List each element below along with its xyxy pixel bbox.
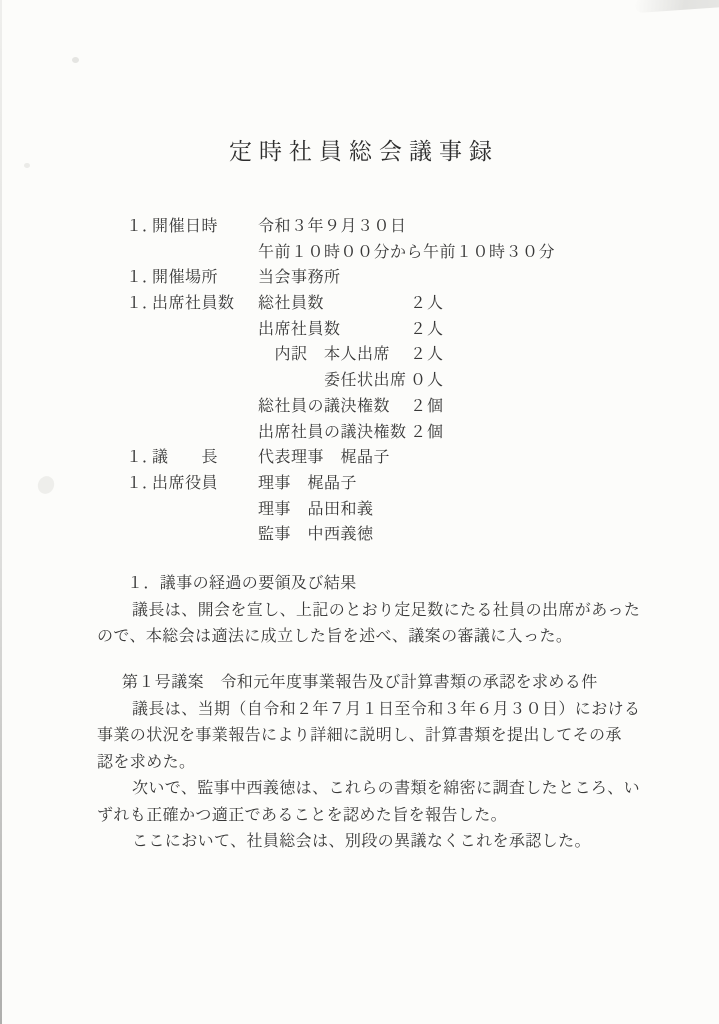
item-label	[152, 240, 258, 266]
scan-speck	[72, 57, 79, 63]
item-number	[126, 317, 152, 343]
scan-left-edge-artifact	[0, 0, 2, 1024]
item-number	[126, 368, 152, 394]
proposal-paragraph-2: 次いで、監事中西義徳は、これらの書類を綿密に調査したところ、い ずれも正確かつ適…	[97, 776, 642, 829]
item-number: １．	[126, 265, 152, 291]
item-number	[126, 240, 152, 266]
info-row-officer-3: 監事 中西義徳	[126, 522, 666, 548]
item-label	[152, 522, 258, 548]
item-value: 総社員数	[258, 291, 324, 317]
item-label	[152, 342, 258, 368]
item-value: 出席社員数	[258, 317, 341, 343]
item-value: 出席社員の議決権数	[258, 420, 407, 446]
item-label	[152, 394, 258, 420]
item-number	[126, 522, 152, 548]
proceedings-section: １．議事の経過の要領及び結果 議長は、開会を宣し、上記のとおり定足数にたる社員の…	[97, 571, 642, 651]
item-value: 理事 品田和義	[258, 497, 374, 523]
info-row-proxy: 委任状出席 ０人	[126, 368, 666, 394]
proceedings-paragraph: 議長は、開会を宣し、上記のとおり定足数にたる社員の出席があった ので、本総会は適…	[97, 598, 642, 651]
proposal-section: 第１号議案 令和元年度事業報告及び計算書類の承認を求める件 議長は、当期（自令和…	[97, 670, 642, 856]
item-value: 委任状出席	[258, 368, 407, 394]
info-row-in-person: 内訳 本人出席 ２人	[126, 342, 666, 368]
item-label: 開催場所	[152, 265, 258, 291]
info-row-place: １． 開催場所 当会事務所	[126, 265, 666, 291]
item-value: 当会事務所	[258, 265, 341, 291]
proceedings-heading: １．議事の経過の要領及び結果	[127, 571, 642, 598]
item-label	[152, 497, 258, 523]
item-label	[152, 368, 258, 394]
item-value: 午前１０時００分から午前１０時３０分	[258, 240, 555, 266]
info-list: １． 開催日時 令和３年９月３０日 午前１０時００分から午前１０時３０分 １． …	[126, 214, 666, 548]
item-number: １．	[126, 471, 152, 497]
item-number: １．	[126, 214, 152, 240]
item-number	[126, 342, 152, 368]
proposal-paragraph-3: ここにおいて、社員総会は、別段の異議なくこれを承認した。	[97, 829, 642, 856]
item-count: ２人	[410, 342, 444, 368]
info-row-total-members: １． 出席社員数 総社員数 ２人	[126, 291, 666, 317]
scanned-document-page: 定時社員総会議事録 １． 開催日時 令和３年９月３０日 午前１０時００分から午前…	[0, 0, 719, 1024]
item-value: 内訳 本人出席	[258, 342, 390, 368]
scan-smudge	[35, 473, 57, 496]
document-title: 定時社員総会議事録	[0, 139, 719, 164]
item-value: 令和３年９月３０日	[258, 214, 407, 240]
item-count: ０人	[410, 368, 444, 394]
item-value: 監事 中西義徳	[258, 522, 374, 548]
item-number: １．	[126, 291, 152, 317]
info-row-time: 午前１０時００分から午前１０時３０分	[126, 240, 666, 266]
item-number	[126, 497, 152, 523]
item-count: ２個	[410, 420, 444, 446]
item-label: 議 長	[152, 445, 258, 471]
proposal-heading: 第１号議案 令和元年度事業報告及び計算書類の承認を求める件	[122, 670, 642, 697]
item-label	[152, 420, 258, 446]
scan-corner-smudge	[635, 0, 719, 13]
item-number: １．	[126, 445, 152, 471]
info-row-attending-members: 出席社員数 ２人	[126, 317, 666, 343]
item-label	[152, 317, 258, 343]
item-label: 開催日時	[152, 214, 258, 240]
item-value: 理事 梶晶子	[258, 471, 357, 497]
proposal-paragraph-1: 議長は、当期（自令和２年７月１日至令和３年６月３０日）における 事業の状況を事業…	[97, 697, 642, 777]
item-count: ２個	[410, 394, 444, 420]
info-row-total-voting-rights: 総社員の議決権数 ２個	[126, 394, 666, 420]
item-label: 出席社員数	[152, 291, 258, 317]
item-value: 代表理事 梶晶子	[258, 445, 390, 471]
item-label: 出席役員	[152, 471, 258, 497]
item-count: ２人	[410, 317, 444, 343]
item-value: 総社員の議決権数	[258, 394, 390, 420]
scan-speck	[24, 163, 30, 168]
info-row-date: １． 開催日時 令和３年９月３０日	[126, 214, 666, 240]
item-number	[126, 420, 152, 446]
info-row-officer-1: １． 出席役員 理事 梶晶子	[126, 471, 666, 497]
item-number	[126, 394, 152, 420]
info-row-attending-voting-rights: 出席社員の議決権数 ２個	[126, 420, 666, 446]
info-row-officer-2: 理事 品田和義	[126, 497, 666, 523]
info-row-chairperson: １． 議 長 代表理事 梶晶子	[126, 445, 666, 471]
item-count: ２人	[410, 291, 444, 317]
